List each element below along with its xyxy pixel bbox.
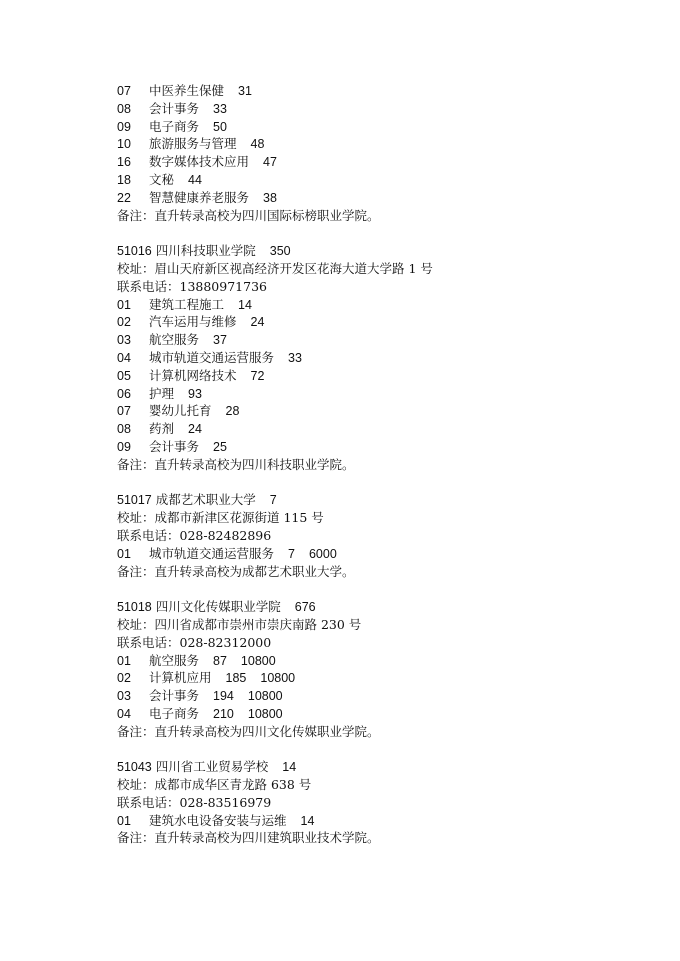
school-header: 51018 四川文化传媒职业学院676 — [117, 598, 637, 616]
address-line: 校址：四川省成都市崇州市崇庆南路 230 号 — [117, 616, 637, 634]
address-line: 校址：眉山天府新区视高经济开发区花海大道大学路 1 号 — [117, 260, 637, 278]
note-line: 备注：直升转录高校为四川文化传媒职业学院。 — [117, 723, 637, 741]
major-line: 01城市轨道交通运营服务76000 — [117, 545, 637, 563]
spacer — [117, 224, 637, 242]
major-line: 07婴幼儿托育28 — [117, 402, 637, 420]
school-section-continued: 07中医养生保健31 08会计事务33 09电子商务50 10旅游服务与管理48… — [117, 82, 637, 224]
school-section: 51016 四川科技职业学院350 校址：眉山天府新区视高经济开发区花海大道大学… — [117, 242, 637, 473]
phone-line: 联系电话：13880971736 — [117, 278, 637, 296]
phone-line: 联系电话：028-82482896 — [117, 527, 637, 545]
major-line: 01航空服务8710800 — [117, 652, 637, 670]
major-line: 16数字媒体技术应用47 — [117, 153, 637, 171]
school-section: 51043 四川省工业贸易学校14 校址：成都市成华区青龙路 638 号 联系电… — [117, 758, 637, 847]
school-header: 51043 四川省工业贸易学校14 — [117, 758, 637, 776]
note-line: 备注：直升转录高校为成都艺术职业大学。 — [117, 563, 637, 581]
school-section: 51017 成都艺术职业大学7 校址：成都市新津区花源街道 115 号 联系电话… — [117, 491, 637, 580]
document-content: 07中医养生保健31 08会计事务33 09电子商务50 10旅游服务与管理48… — [117, 82, 637, 847]
major-line: 02汽车运用与维修24 — [117, 313, 637, 331]
major-line: 06护理93 — [117, 385, 637, 403]
major-line: 02计算机应用18510800 — [117, 669, 637, 687]
spacer — [117, 580, 637, 598]
school-section: 51018 四川文化传媒职业学院676 校址：四川省成都市崇州市崇庆南路 230… — [117, 598, 637, 740]
note-line: 备注：直升转录高校为四川建筑职业技术学院。 — [117, 829, 637, 847]
major-line: 18文秘44 — [117, 171, 637, 189]
note-line: 备注：直升转录高校为四川科技职业学院。 — [117, 456, 637, 474]
major-line: 05计算机网络技术72 — [117, 367, 637, 385]
phone-line: 联系电话：028-82312000 — [117, 634, 637, 652]
spacer — [117, 740, 637, 758]
school-header: 51017 成都艺术职业大学7 — [117, 491, 637, 509]
major-line: 08药剂24 — [117, 420, 637, 438]
major-line: 04电子商务21010800 — [117, 705, 637, 723]
major-line: 07中医养生保健31 — [117, 82, 637, 100]
major-line: 03会计事务19410800 — [117, 687, 637, 705]
major-line: 03航空服务37 — [117, 331, 637, 349]
note-line: 备注：直升转录高校为四川国际标榜职业学院。 — [117, 207, 637, 225]
document-page: 07中医养生保健31 08会计事务33 09电子商务50 10旅游服务与管理48… — [0, 0, 680, 961]
spacer — [117, 474, 637, 492]
major-line: 08会计事务33 — [117, 100, 637, 118]
major-line: 09电子商务50 — [117, 118, 637, 136]
major-line: 01建筑工程施工14 — [117, 296, 637, 314]
address-line: 校址：成都市成华区青龙路 638 号 — [117, 776, 637, 794]
address-line: 校址：成都市新津区花源街道 115 号 — [117, 509, 637, 527]
major-line: 22智慧健康养老服务38 — [117, 189, 637, 207]
school-header: 51016 四川科技职业学院350 — [117, 242, 637, 260]
major-line: 01建筑水电设备安装与运维14 — [117, 812, 637, 830]
phone-line: 联系电话：028-83516979 — [117, 794, 637, 812]
major-line: 09会计事务25 — [117, 438, 637, 456]
major-line: 04城市轨道交通运营服务33 — [117, 349, 637, 367]
major-line: 10旅游服务与管理48 — [117, 135, 637, 153]
